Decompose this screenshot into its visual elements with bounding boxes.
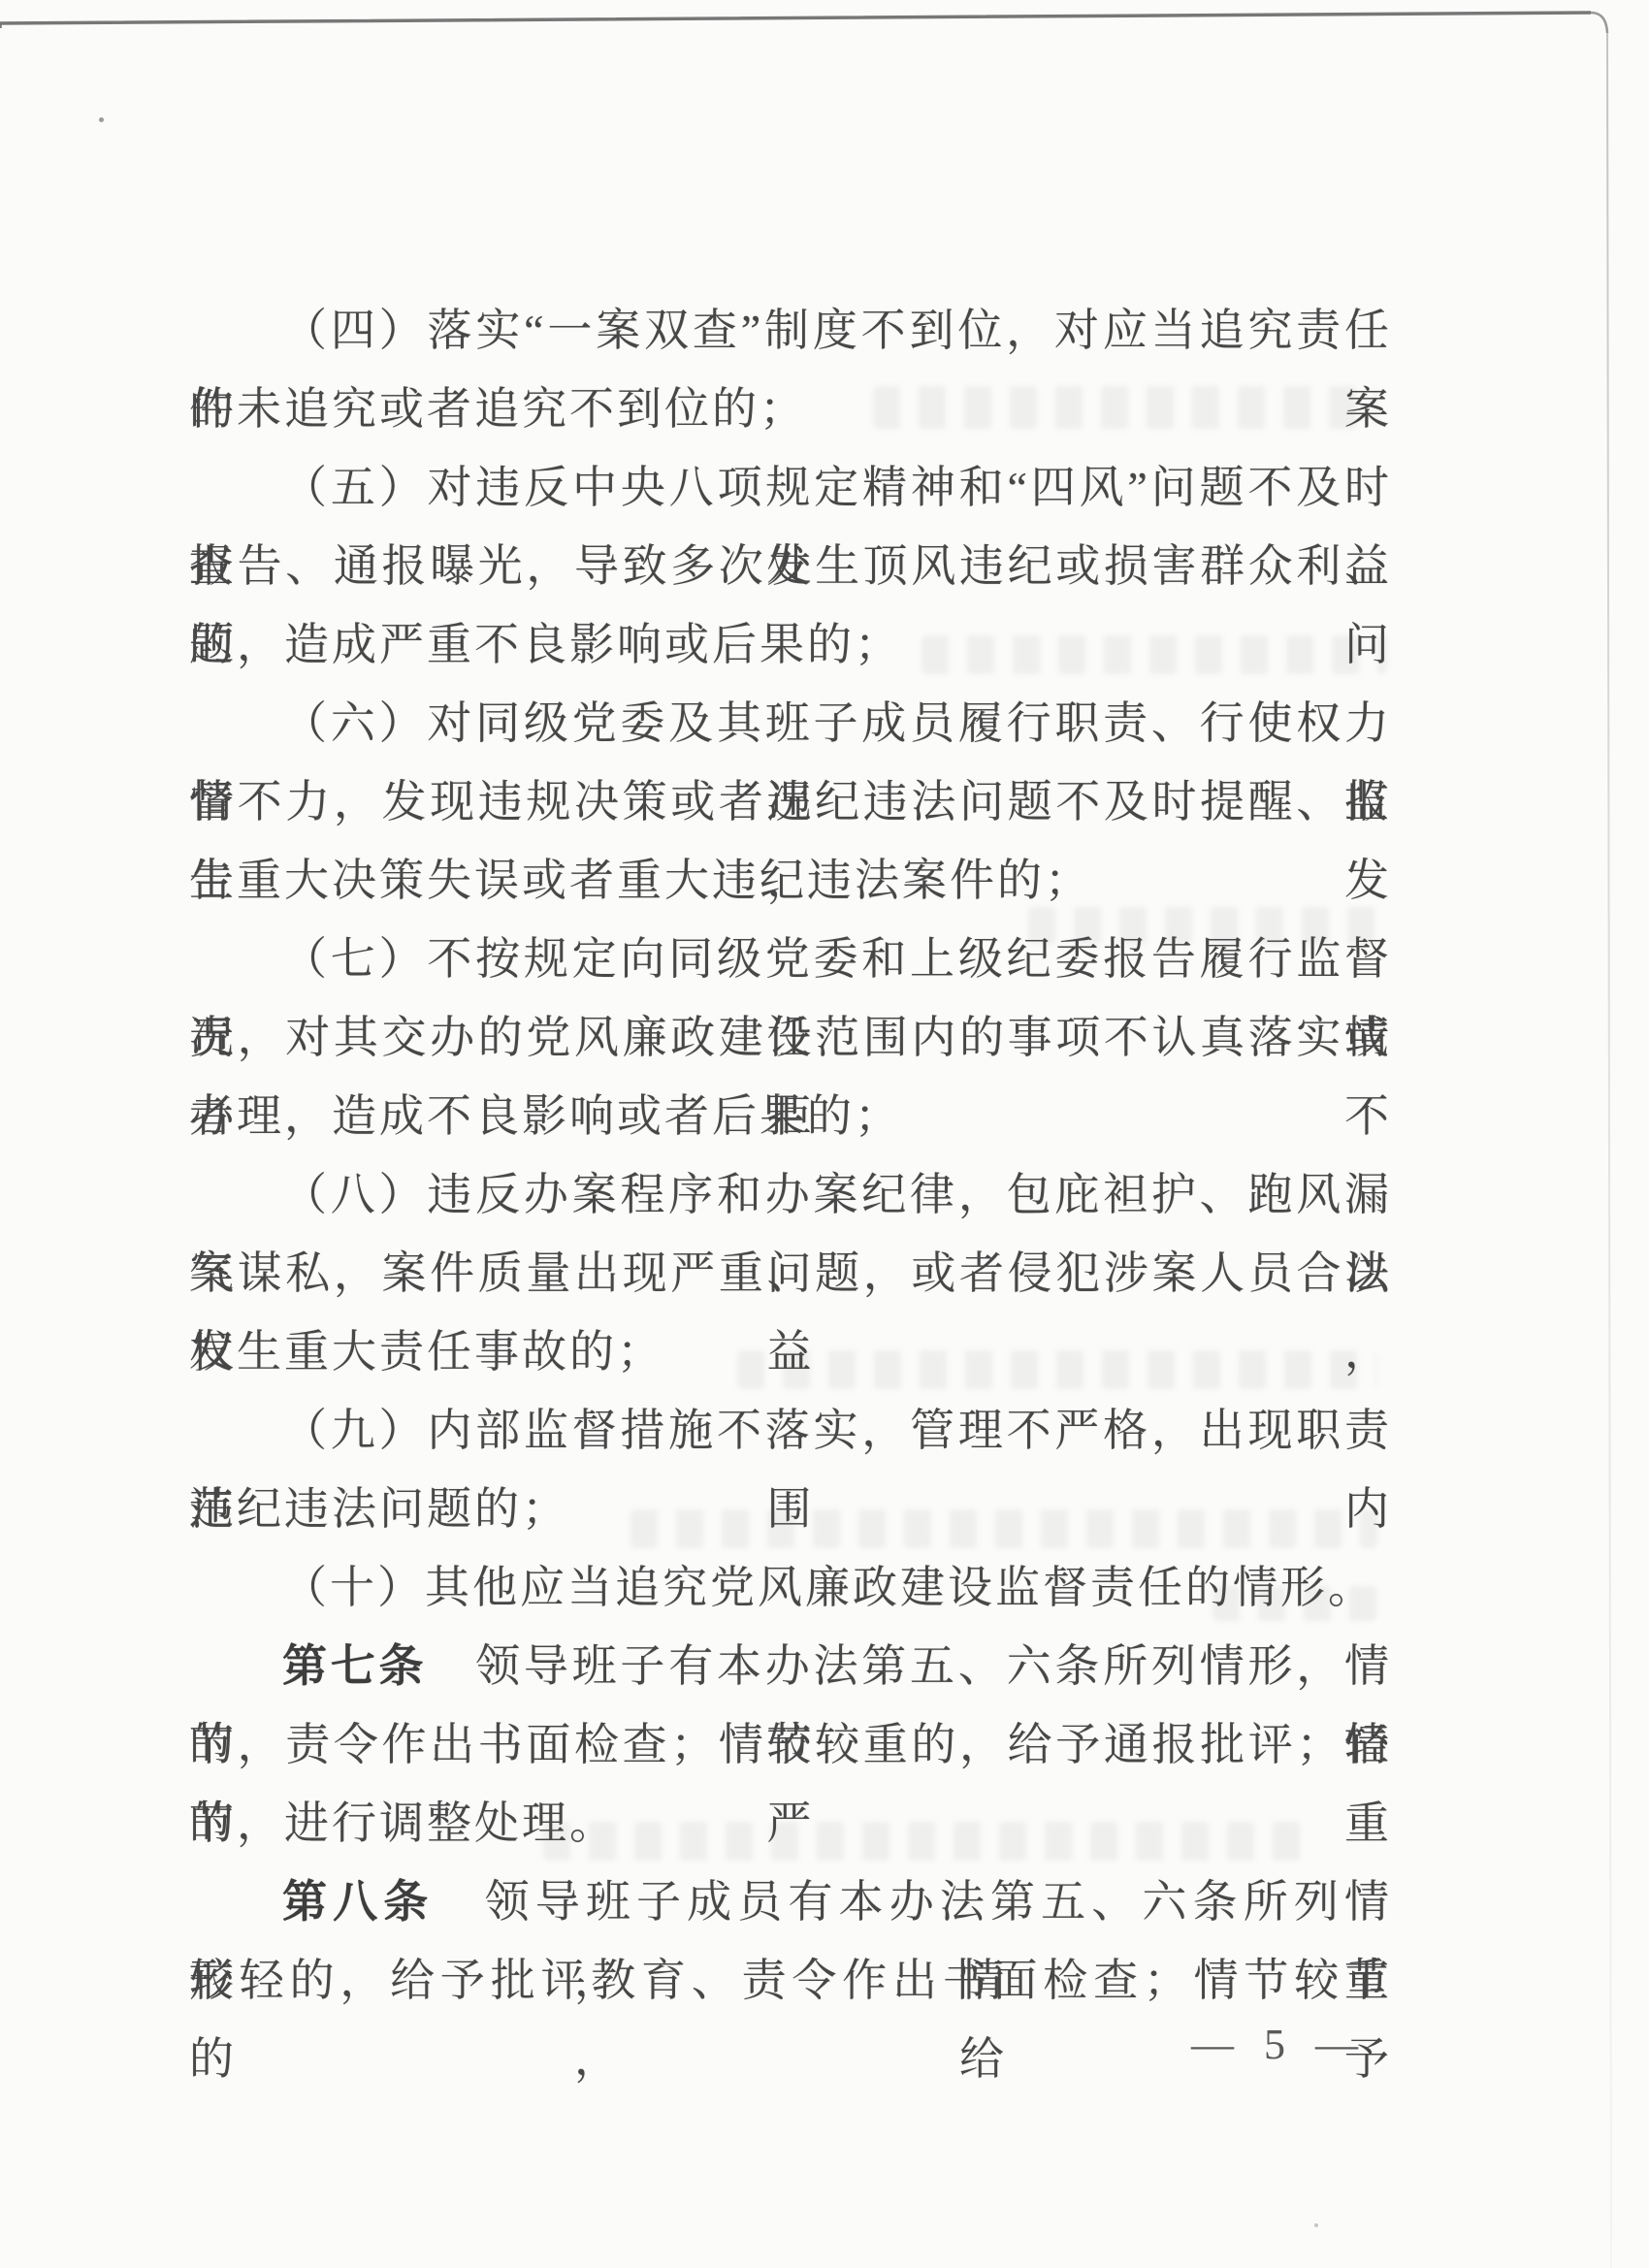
text-line: 较轻的，给予批评教育、责令作出书面检查；情节较重的，给予 [189,1941,1392,2020]
page-number-footer: — 5 — [1191,2020,1368,2069]
article-number: 第七条 [282,1641,427,1691]
text-line: （十）其他应当追究党风廉政建设监督责任的情形。 [189,1548,1392,1627]
text-line: （七）不按规定向同级党委和上级纪委报告履行监督责任情 [189,920,1392,998]
text-line: 督不力，发现违规决策或者违纪违法问题不及时提醒、报告，发 [189,762,1392,841]
corner-scan-edge [1591,13,1607,33]
dust-speck [99,117,104,122]
top-scan-edge-line [0,13,1591,28]
scanned-document-page: （四）落实“一案双查”制度不到位，对应当追究责任的案件未追究或者追究不到位的；（… [0,0,1649,2268]
article-number: 第八条 [282,1877,434,1927]
text-line: 报告、通报曝光，导致多次发生顶风违纪或损害群众利益的问 [189,527,1392,605]
text-line: （六）对同级党委及其班子成员履行职责、行使权力情况监 [189,684,1392,762]
text-line: （四）落实“一案双查”制度不到位，对应当追究责任的案 [189,291,1392,370]
text-line: （五）对违反中央八项规定精神和“四风”问题不及时查处、 [189,448,1392,527]
text-line: 第八条 领导班子成员有本办法第五、六条所列情形，情节 [189,1863,1392,1941]
right-scan-edge-line [1607,33,1611,2268]
dust-speck [1314,2223,1318,2227]
text-line: （九）内部监督措施不落实，管理不严格，出现职责范围内 [189,1391,1392,1470]
text-line: 第七条 领导班子有本办法第五、六条所列情形，情节较轻 [189,1627,1392,1705]
text-line: （八）违反办案程序和办案纪律，包庇袒护、跑风漏气、以 [189,1155,1392,1234]
text-line: 况，对其交办的党风廉政建设范围内的事项不认真落实或者拒不 [189,998,1392,1077]
text-line: 案谋私，案件质量出现严重问题，或者侵犯涉案人员合法权益， [189,1234,1392,1312]
text-block: （四）落实“一案双查”制度不到位，对应当追究责任的案件未追究或者追究不到位的；（… [189,291,1392,2020]
text-line: 的，责令作出书面检查；情节较重的，给予通报批评；情节严重 [189,1705,1392,1784]
